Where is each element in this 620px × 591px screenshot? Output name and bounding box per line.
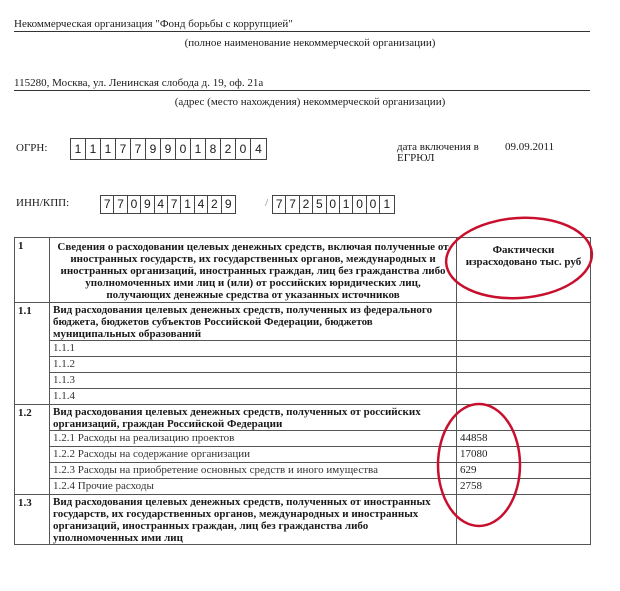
item-description: Расходы на приобретение основных средств… bbox=[78, 464, 378, 476]
kpp-digit: 7 bbox=[273, 196, 286, 213]
table-row: 1.2.2 Расходы на содержание организации1… bbox=[15, 447, 591, 463]
item-label: 1.2.3 Расходы на приобретение основных с… bbox=[50, 463, 457, 479]
header-description: Сведения о расходовании целевых денежных… bbox=[50, 238, 457, 303]
expenditure-table: 1 Сведения о расходовании целевых денежн… bbox=[14, 237, 591, 545]
item-code: 1.2.2 bbox=[53, 448, 75, 460]
item-code: 1.1.1 bbox=[53, 342, 75, 354]
inn-digit: 9 bbox=[222, 196, 235, 213]
inn-digit: 1 bbox=[181, 196, 194, 213]
item-code: 1.1.3 bbox=[53, 374, 75, 386]
organization-address-caption: (адрес (место нахождения) некоммерческой… bbox=[0, 96, 620, 109]
ogrn-digit: 8 bbox=[206, 139, 221, 159]
inn-digit: 7 bbox=[168, 196, 181, 213]
header-value: Фактически израсходовано тыс. руб bbox=[457, 238, 591, 303]
item-value bbox=[457, 341, 591, 357]
item-label: 1.1.1 bbox=[50, 341, 457, 357]
ogrn-digit: 7 bbox=[116, 139, 131, 159]
inn-kpp-label: ИНН/КПП: bbox=[16, 197, 69, 210]
organization-address: 115280, Москва, ул. Ленинская слобода д.… bbox=[14, 77, 590, 91]
ogrn-label: ОГРН: bbox=[16, 142, 47, 155]
item-label: 1.2.4 Прочие расходы bbox=[50, 479, 457, 495]
ogrn-digit: 9 bbox=[161, 139, 176, 159]
item-code: 1.1.2 bbox=[53, 358, 75, 370]
table-row: 1.1.1 bbox=[15, 341, 591, 357]
item-label: 1.1.4 bbox=[50, 389, 457, 405]
organization-name-caption: (полное наименование некоммерческой орга… bbox=[0, 37, 620, 50]
ogrn-digit: 9 bbox=[146, 139, 161, 159]
section-title: Вид расходования целевых денежных средст… bbox=[50, 303, 457, 341]
item-label: 1.2.2 Расходы на содержание организации bbox=[50, 447, 457, 463]
section-num: 1.1 bbox=[15, 303, 50, 405]
section-title: Вид расходования целевых денежных средст… bbox=[50, 495, 457, 545]
item-description: Расходы на реализацию проектов bbox=[78, 432, 235, 444]
table-sections: 1.1Вид расходования целевых денежных сре… bbox=[15, 303, 591, 545]
kpp-digit: 7 bbox=[286, 196, 299, 213]
inn-digit: 2 bbox=[208, 196, 221, 213]
item-value bbox=[457, 357, 591, 373]
ogrn-digit: 1 bbox=[191, 139, 206, 159]
item-label: 1.1.3 bbox=[50, 373, 457, 389]
section-row: 1.2Вид расходования целевых денежных сре… bbox=[15, 405, 591, 431]
egrul-date-value: 09.09.2011 bbox=[505, 141, 554, 154]
inn-kpp-separator: / bbox=[265, 197, 268, 210]
table-row: 1.1.4 bbox=[15, 389, 591, 405]
ogrn-digit: 1 bbox=[86, 139, 101, 159]
table-row: 1.2.3 Расходы на приобретение основных с… bbox=[15, 463, 591, 479]
kpp-digit: 0 bbox=[327, 196, 340, 213]
ogrn-digit: 0 bbox=[176, 139, 191, 159]
kpp-digit: 1 bbox=[380, 196, 393, 213]
item-value: 17080 bbox=[457, 447, 591, 463]
header-num: 1 bbox=[15, 238, 50, 303]
section-value bbox=[457, 495, 591, 545]
egrul-date-label: дата включения в ЕГРЮЛ bbox=[397, 142, 479, 164]
inn-digit: 7 bbox=[101, 196, 114, 213]
item-value: 2758 bbox=[457, 479, 591, 495]
egrul-date-label-line2: ЕГРЮЛ bbox=[397, 153, 479, 164]
item-description: Прочие расходы bbox=[78, 480, 154, 492]
item-code: 1.2.3 bbox=[53, 464, 75, 476]
item-value: 44858 bbox=[457, 431, 591, 447]
ogrn-digit: 0 bbox=[236, 139, 251, 159]
inn-digit-boxes: 7709471429 bbox=[100, 195, 236, 214]
item-value: 629 bbox=[457, 463, 591, 479]
section-row: 1.1Вид расходования целевых денежных сре… bbox=[15, 303, 591, 341]
ogrn-digit: 1 bbox=[71, 139, 86, 159]
section-value bbox=[457, 303, 591, 341]
ogrn-digit: 7 bbox=[131, 139, 146, 159]
item-value bbox=[457, 373, 591, 389]
inn-digit: 9 bbox=[141, 196, 154, 213]
section-num: 1.2 bbox=[15, 405, 50, 495]
inn-digit: 7 bbox=[114, 196, 127, 213]
item-code: 1.1.4 bbox=[53, 390, 75, 402]
kpp-digit: 0 bbox=[353, 196, 366, 213]
ogrn-digit: 2 bbox=[221, 139, 236, 159]
inn-digit: 0 bbox=[128, 196, 141, 213]
table-row: 1.1.3 bbox=[15, 373, 591, 389]
kpp-digit-boxes: 772501001 bbox=[272, 195, 395, 214]
item-code: 1.2.1 bbox=[53, 432, 75, 444]
section-row: 1.3Вид расходования целевых денежных сре… bbox=[15, 495, 591, 545]
inn-digit: 4 bbox=[195, 196, 208, 213]
kpp-digit: 5 bbox=[313, 196, 326, 213]
kpp-digit: 1 bbox=[340, 196, 353, 213]
ogrn-digit-boxes: 1117799018204 bbox=[70, 138, 267, 160]
item-label: 1.1.2 bbox=[50, 357, 457, 373]
table-row: 1.2.4 Прочие расходы2758 bbox=[15, 479, 591, 495]
section-title: Вид расходования целевых денежных средст… bbox=[50, 405, 457, 431]
kpp-digit: 0 bbox=[367, 196, 380, 213]
table-header-row: 1 Сведения о расходовании целевых денежн… bbox=[15, 238, 591, 303]
table-row: 1.2.1 Расходы на реализацию проектов4485… bbox=[15, 431, 591, 447]
organization-name: Некоммерческая организация "Фонд борьбы … bbox=[14, 18, 590, 32]
item-description: Расходы на содержание организации bbox=[78, 448, 250, 460]
ogrn-digit: 4 bbox=[251, 139, 266, 159]
inn-digit: 4 bbox=[155, 196, 168, 213]
table-row: 1.1.2 bbox=[15, 357, 591, 373]
section-value bbox=[457, 405, 591, 431]
item-code: 1.2.4 bbox=[53, 480, 75, 492]
kpp-digit: 2 bbox=[300, 196, 313, 213]
item-label: 1.2.1 Расходы на реализацию проектов bbox=[50, 431, 457, 447]
item-value bbox=[457, 389, 591, 405]
section-num: 1.3 bbox=[15, 495, 50, 545]
ogrn-digit: 1 bbox=[101, 139, 116, 159]
